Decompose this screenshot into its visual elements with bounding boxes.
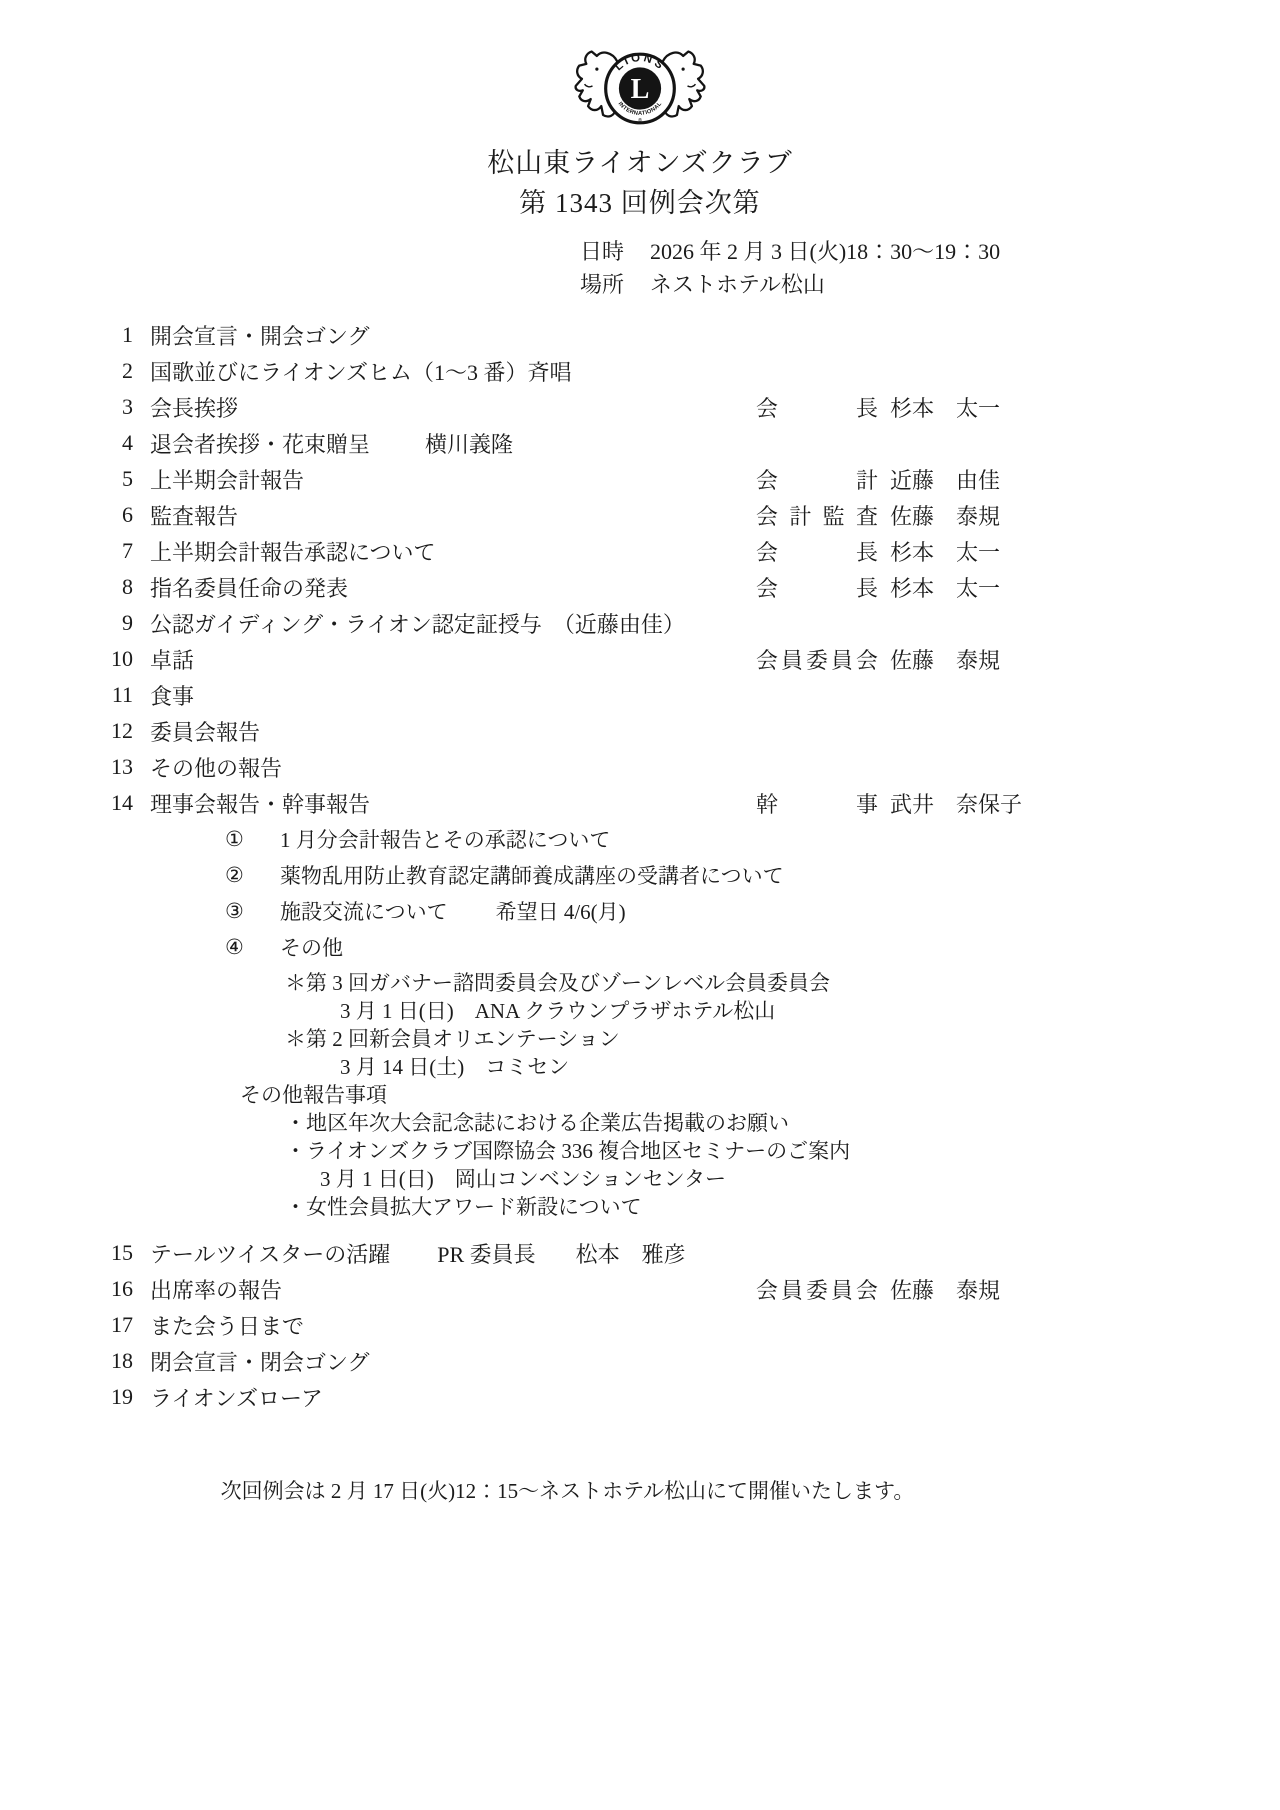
place-value: ネストホテル松山 xyxy=(650,272,825,297)
item-number: 18 xyxy=(95,1348,133,1374)
starred-item: ＊第 2 回新会員オリエンテーション xyxy=(285,1025,1040,1053)
agenda-item: 10 卓話 会員委員会 佐藤 泰規 xyxy=(95,641,1040,677)
item-number: 1 xyxy=(95,322,133,348)
other-report-item: ・地区年次大会記念誌における企業広告掲載のお願い xyxy=(285,1109,1040,1137)
agenda-item: 18 閉会宣言・閉会ゴング xyxy=(95,1343,1040,1379)
item-role: 幹事 xyxy=(756,788,878,819)
other-report-item: ・ライオンズクラブ国際協会 336 複合地区セミナーのご案内 xyxy=(285,1137,1040,1165)
next-meeting-note: 次回例会は 2 月 17 日(火)12：15～ネストホテル松山にて開催いたします… xyxy=(95,1475,1040,1505)
item-text: 食事 xyxy=(150,680,1040,711)
item-role: 会員委員会 xyxy=(756,1274,878,1305)
item-text: 開会宣言・開会ゴング xyxy=(150,320,1040,351)
item-number: 15 xyxy=(95,1240,133,1266)
item-text: その他の報告 xyxy=(150,752,1040,783)
board-other-block: その他報告事項 ・地区年次大会記念誌における企業広告掲載のお願い ・ライオンズク… xyxy=(95,1081,1040,1221)
club-name: 松山東ライオンズクラブ xyxy=(0,143,1280,183)
item-person: 佐藤 泰規 xyxy=(890,644,1040,675)
item-person: 杉本 太一 xyxy=(890,392,1040,423)
item-number: 11 xyxy=(95,682,133,708)
item-text: 公認ガイディング・ライオン認定証授与 （近藤由佳） xyxy=(150,608,1040,639)
starred-item-title: 第 2 回新会員オリエンテーション xyxy=(306,1027,620,1051)
agenda-item: 7 上半期会計報告承認について 会長 杉本 太一 xyxy=(95,533,1040,569)
starred-item: ＊第 3 回ガバナー諮問委員会及びゾーンレベル会員委員会 xyxy=(285,969,1040,997)
agenda-item: 12 委員会報告 xyxy=(95,713,1040,749)
meeting-meta: 日時2026 年 2 月 3 日(火)18：30～19：30 場所ネストホテル松… xyxy=(580,235,1040,301)
board-report-block: ① 1 月分会計報告とその承認について ② 薬物乱用防止教育認定講師養成講座の受… xyxy=(95,821,1040,1221)
item-text: ライオンズローア xyxy=(150,1382,1040,1413)
item-person: 杉本 太一 xyxy=(890,536,1040,567)
document-header: 松山東ライオンズクラブ 第 1343 回例会次第 xyxy=(0,143,1280,223)
item-text: テールツイスターの活躍PR 委員長松本 雅彦 xyxy=(150,1238,1040,1269)
sub-item-text: 1 月分会計報告とその承認について xyxy=(280,824,610,854)
datetime-value: 2026 年 2 月 3 日(火)18：30～19：30 xyxy=(650,239,1000,264)
agenda-item: 16 出席率の報告 会員委員会 佐藤 泰規 xyxy=(95,1271,1040,1307)
item-number: 2 xyxy=(95,358,133,384)
item-text: 出席率の報告 xyxy=(150,1274,756,1305)
agenda-item: 9 公認ガイディング・ライオン認定証授与 （近藤由佳） xyxy=(95,605,1040,641)
item-text: 上半期会計報告承認について xyxy=(150,536,756,567)
item-role: 会長 xyxy=(756,392,878,423)
starred-item-title: 第 3 回ガバナー諮問委員会及びゾーンレベル会員委員会 xyxy=(306,971,830,995)
item-person: 杉本 太一 xyxy=(890,572,1040,603)
bullet-marker: ・ xyxy=(285,1139,306,1163)
agenda-item: 15 テールツイスターの活躍PR 委員長松本 雅彦 xyxy=(95,1235,1040,1271)
sub-item-text: 薬物乱用防止教育認定講師養成講座の受講者について xyxy=(280,860,784,890)
item-text: 指名委員任命の発表 xyxy=(150,572,756,603)
item-number: 6 xyxy=(95,502,133,528)
agenda-item: 19 ライオンズローア xyxy=(95,1379,1040,1415)
item-number: 8 xyxy=(95,574,133,600)
agenda-item: 13 その他の報告 xyxy=(95,749,1040,785)
lions-club-logo: LIONS INTERNATIONAL L ® xyxy=(574,40,706,137)
item-text: また会う日まで xyxy=(150,1310,1040,1341)
bullet-marker: ・ xyxy=(285,1111,306,1135)
document-body: 日時2026 年 2 月 3 日(火)18：30～19：30 場所ネストホテル松… xyxy=(0,235,1280,1505)
item-role: 会長 xyxy=(756,572,878,603)
datetime-label: 日時 xyxy=(580,235,626,268)
item-person: 佐藤 泰規 xyxy=(890,500,1040,531)
item-person: 武井 奈保子 xyxy=(890,788,1040,819)
sub-item-text: 施設交流について xyxy=(280,896,448,926)
agenda-item: 14 理事会報告・幹事報告 幹事 武井 奈保子 xyxy=(95,785,1040,821)
meeting-title: 第 1343 回例会次第 xyxy=(0,183,1280,223)
item-text: 理事会報告・幹事報告 xyxy=(150,788,756,819)
sub-item-marker: ③ xyxy=(225,899,255,924)
sub-item-note: 希望日 4/6(月) xyxy=(496,896,626,926)
meta-datetime-row: 日時2026 年 2 月 3 日(火)18：30～19：30 xyxy=(580,235,1040,268)
agenda-item: 17 また会う日まで xyxy=(95,1307,1040,1343)
item-role: 会計 xyxy=(756,464,878,495)
other-report-text: 地区年次大会記念誌における企業広告掲載のお願い xyxy=(306,1111,789,1135)
agenda-item: 8 指名委員任命の発表 会長 杉本 太一 xyxy=(95,569,1040,605)
star-marker: ＊ xyxy=(285,1027,306,1051)
item-text: 上半期会計報告 xyxy=(150,464,756,495)
board-sub-item: ② 薬物乱用防止教育認定講師養成講座の受講者について xyxy=(225,857,1040,893)
item-number: 14 xyxy=(95,790,133,816)
item-number: 17 xyxy=(95,1312,133,1338)
agenda-tail: 15 テールツイスターの活躍PR 委員長松本 雅彦 16 出席率の報告 会員委員… xyxy=(95,1235,1040,1415)
other-report-text: ライオンズクラブ国際協会 336 複合地区セミナーのご案内 xyxy=(306,1139,850,1163)
item-text-main: テールツイスターの活躍 xyxy=(150,1242,390,1267)
item-number: 9 xyxy=(95,610,133,636)
item-text: 国歌並びにライオンズヒム（1～3 番）斉唱 xyxy=(150,356,1040,387)
item-number: 5 xyxy=(95,466,133,492)
agenda-item: 2 国歌並びにライオンズヒム（1～3 番）斉唱 xyxy=(95,353,1040,389)
item-number: 13 xyxy=(95,754,133,780)
item-number: 16 xyxy=(95,1276,133,1302)
item-inline-person: 松本 雅彦 xyxy=(576,1242,686,1267)
sub-item-marker: ② xyxy=(225,863,255,888)
agenda-item: 6 監査報告 会計監査 佐藤 泰規 xyxy=(95,497,1040,533)
item-role: 会員委員会 xyxy=(756,644,878,675)
item-inline-role: PR 委員長 xyxy=(437,1242,535,1267)
star-marker: ＊ xyxy=(285,971,306,995)
agenda-item: 3 会長挨拶 会長 杉本 太一 xyxy=(95,389,1040,425)
board-sub-item: ④ その他 xyxy=(225,929,1040,965)
sub-item-marker: ① xyxy=(225,827,255,852)
agenda-list: 1 開会宣言・開会ゴング 2 国歌並びにライオンズヒム（1～3 番）斉唱 3 会… xyxy=(95,317,1040,1415)
item-number: 4 xyxy=(95,430,133,456)
item-role: 会計監査 xyxy=(756,500,878,531)
item-text: 閉会宣言・閉会ゴング xyxy=(150,1346,1040,1377)
agenda-item: 4 退会者挨拶・花束贈呈横川義隆 xyxy=(95,425,1040,461)
board-starred-block: ＊第 3 回ガバナー諮問委員会及びゾーンレベル会員委員会 3 月 1 日(日) … xyxy=(95,969,1040,1081)
item-text: 会長挨拶 xyxy=(150,392,756,423)
board-sub-item: ③ 施設交流について 希望日 4/6(月) xyxy=(225,893,1040,929)
item-number: 19 xyxy=(95,1384,133,1410)
item-person: 近藤 由佳 xyxy=(890,464,1040,495)
item-number: 7 xyxy=(95,538,133,564)
item-text: 卓話 xyxy=(150,644,756,675)
bullet-marker: ・ xyxy=(285,1195,306,1219)
item-text-main: 退会者挨拶・花束贈呈 xyxy=(150,432,370,457)
board-sub-item: ① 1 月分会計報告とその承認について xyxy=(225,821,1040,857)
agenda-document: LIONS INTERNATIONAL L ® 松山東ライオンズクラブ 第 13… xyxy=(0,0,1280,1810)
other-report-detail: 3 月 1 日(日) 岡山コンベンションセンター xyxy=(320,1165,1040,1193)
agenda-item: 11 食事 xyxy=(95,677,1040,713)
item-text: 監査報告 xyxy=(150,500,756,531)
item-number: 3 xyxy=(95,394,133,420)
other-reports-title: その他報告事項 xyxy=(240,1081,1040,1109)
other-report-item: ・女性会員拡大アワード新設について xyxy=(285,1193,1040,1221)
item-text: 退会者挨拶・花束贈呈横川義隆 xyxy=(150,428,1040,459)
item-text: 委員会報告 xyxy=(150,716,1040,747)
item-role: 会長 xyxy=(756,536,878,567)
item-person: 佐藤 泰規 xyxy=(890,1274,1040,1305)
agenda-item: 1 開会宣言・開会ゴング xyxy=(95,317,1040,353)
emblem-letter: L xyxy=(631,74,650,105)
sub-item-marker: ④ xyxy=(225,935,255,960)
starred-item-detail: 3 月 14 日(土) コミセン xyxy=(340,1053,1040,1081)
item-number: 10 xyxy=(95,646,133,672)
item-inline-person: 横川義隆 xyxy=(425,432,513,457)
sub-item-text: その他 xyxy=(280,932,343,962)
item-number: 12 xyxy=(95,718,133,744)
meta-place-row: 場所ネストホテル松山 xyxy=(580,268,1040,301)
starred-item-detail: 3 月 1 日(日) ANA クラウンプラザホテル松山 xyxy=(340,997,1040,1025)
place-label: 場所 xyxy=(580,268,626,301)
agenda-item: 5 上半期会計報告 会計 近藤 由佳 xyxy=(95,461,1040,497)
other-report-text: 女性会員拡大アワード新設について xyxy=(306,1195,642,1219)
